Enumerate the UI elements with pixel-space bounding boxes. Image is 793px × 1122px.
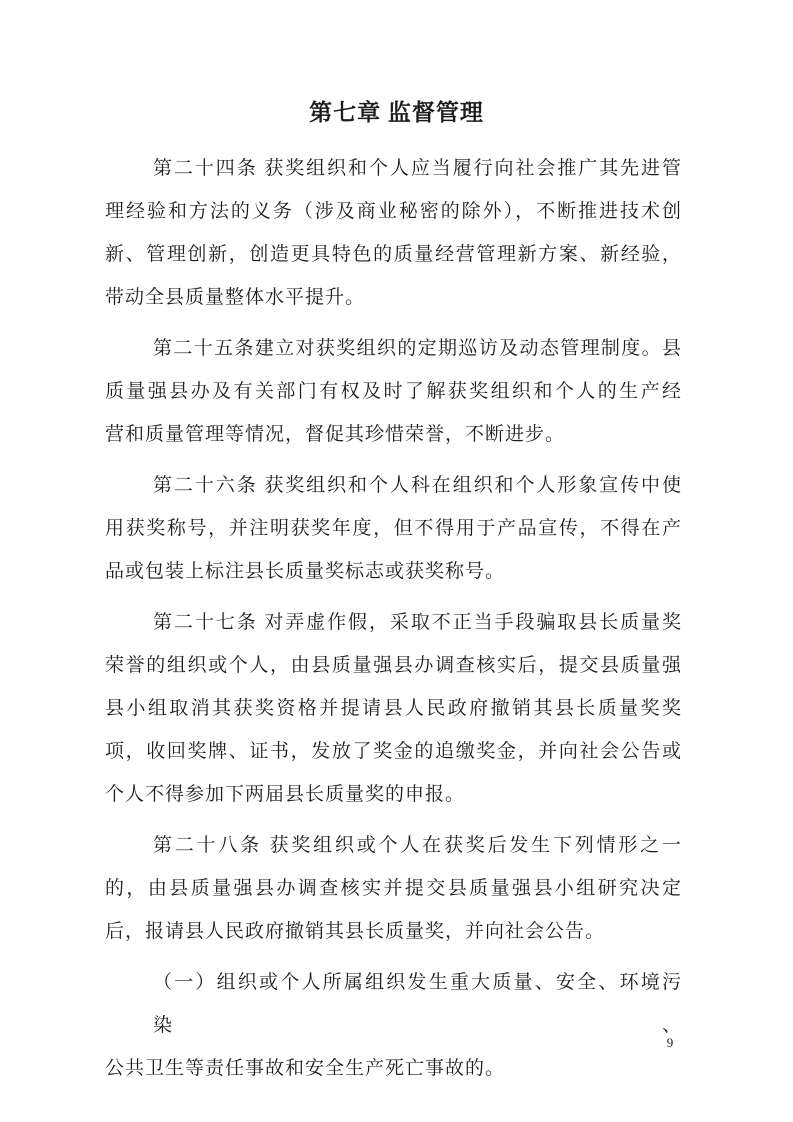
text-line: 县小组取消其获奖资格并提请县人民政府撤销其县长质量奖奖 bbox=[105, 687, 682, 730]
document-page: 第七章 监督管理 第二十四条 获奖组织和个人应当履行向社会推广其先进管理经验和方… bbox=[0, 0, 793, 1122]
text-line: 新、管理创新，创造更具特色的质量经营管理新方案、新经验， bbox=[105, 233, 682, 276]
paragraph: 第二十六条 获奖组织和个人科在组织和个人形象宣传中使用获奖称号，并注明获奖年度，… bbox=[105, 464, 682, 593]
text-line: 带动全县质量整体水平提升。 bbox=[105, 276, 682, 319]
text-line: 理经验和方法的义务（涉及商业秘密的除外），不断推进技术创 bbox=[105, 190, 682, 233]
text-line: 的，由县质量强县办调查核实并提交县质量强县小组研究决定 bbox=[105, 867, 682, 910]
paragraph: （一）组织或个人所属组织发生重大质量、安全、环境污染、公共卫生等责任事故和安全生… bbox=[105, 961, 682, 1090]
text-line: 品或包装上标注县长质量奖标志或获奖称号。 bbox=[105, 550, 682, 593]
paragraph: 第二十四条 获奖组织和个人应当履行向社会推广其先进管理经验和方法的义务（涉及商业… bbox=[105, 147, 682, 319]
document-body: 第二十四条 获奖组织和个人应当履行向社会推广其先进管理经验和方法的义务（涉及商业… bbox=[105, 147, 682, 1090]
text-line: 质量强县办及有关部门有权及时了解获奖组织和个人的生产经 bbox=[105, 370, 682, 413]
paragraph: 第二十八条 获奖组织或个人在获奖后发生下列情形之一的，由县质量强县办调查核实并提… bbox=[105, 824, 682, 953]
text-line: 个人不得参加下两届县长质量奖的申报。 bbox=[105, 773, 682, 816]
text-line: 后，报请县人民政府撤销其县长质量奖，并向社会公告。 bbox=[105, 910, 682, 953]
chapter-title: 第七章 监督管理 bbox=[0, 96, 793, 130]
page-number: 9 bbox=[660, 1033, 680, 1053]
text-line: （一）组织或个人所属组织发生重大质量、安全、环境污染、 bbox=[105, 961, 682, 1047]
text-line: 第二十五条建立对获奖组织的定期巡访及动态管理制度。县 bbox=[105, 327, 682, 370]
text-line: 荣誉的组织或个人，由县质量强县办调查核实后，提交县质量强 bbox=[105, 644, 682, 687]
text-line: 项，收回奖牌、证书，发放了奖金的追缴奖金，并向社会公告或 bbox=[105, 730, 682, 773]
text-line: 第二十六条 获奖组织和个人科在组织和个人形象宣传中使 bbox=[105, 464, 682, 507]
text-line: 用获奖称号，并注明获奖年度，但不得用于产品宣传，不得在产 bbox=[105, 507, 682, 550]
paragraph: 第二十七条 对弄虚作假，采取不正当手段骗取县长质量奖荣誉的组织或个人，由县质量强… bbox=[105, 601, 682, 816]
text-line: 第二十八条 获奖组织或个人在获奖后发生下列情形之一 bbox=[105, 824, 682, 867]
text-line: 营和质量管理等情况，督促其珍惜荣誉，不断进步。 bbox=[105, 413, 682, 456]
text-line: 第二十七条 对弄虚作假，采取不正当手段骗取县长质量奖 bbox=[105, 601, 682, 644]
paragraph: 第二十五条建立对获奖组织的定期巡访及动态管理制度。县质量强县办及有关部门有权及时… bbox=[105, 327, 682, 456]
text-line: 公共卫生等责任事故和安全生产死亡事故的。 bbox=[105, 1047, 682, 1090]
text-line: 第二十四条 获奖组织和个人应当履行向社会推广其先进管 bbox=[105, 147, 682, 190]
